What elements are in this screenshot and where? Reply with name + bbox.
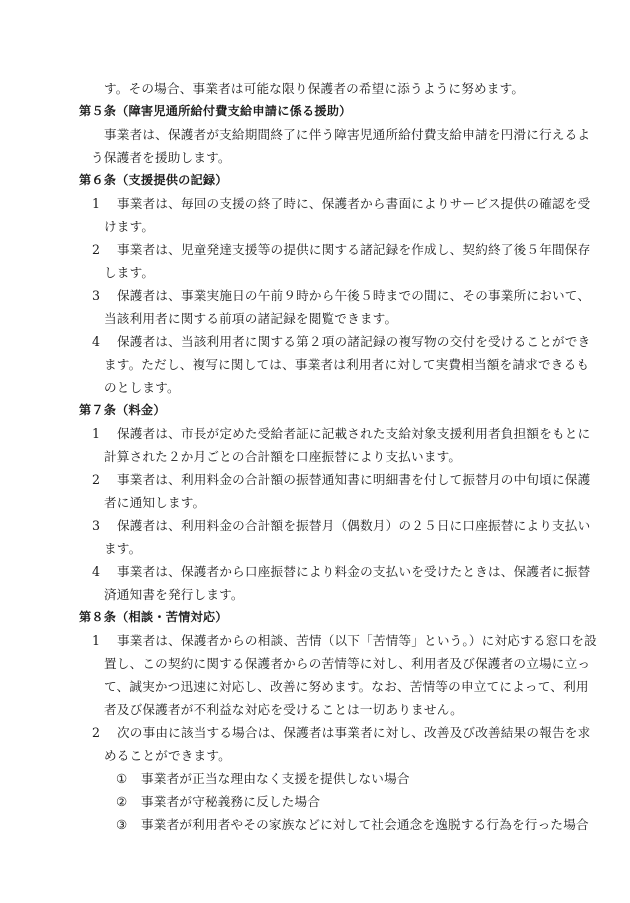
list-item: 2事業者は、利用料金の合計額の振替通知書に明細書を付して振替月の中旬頃に保護 [79,468,553,491]
heading-text: 第６条（支援提供の記録） [79,173,228,187]
item-text: けます。 [104,219,154,234]
list-item: 1保護者は、市長が定めた受給者証に記載された支給対象支援利用者負担額をもとに [79,422,553,445]
list-item-continuation: 計算された２か月ごとの合計額を口座振替により支払います。 [79,445,553,468]
sub-item: ②事業者が守秘義務に反した場合 [79,790,553,813]
list-item-continuation: 済通知書を発行します。 [79,583,553,606]
continuation-line: す。その場合、事業者は可能な限り保護者の希望に添うように努めます。 [79,77,553,100]
item-text: 次の事由に該当する場合は、保護者は事業者に対し、改善及び改善結果の報告を求 [117,725,590,740]
item-text: 保護者は、当該利用者に関する第２項の諸記録の複写物の交付を受けることができ [117,334,590,349]
item-text: します。 [104,265,154,280]
list-item-continuation: のとします。 [79,376,553,399]
list-item-continuation: めることができます。 [79,744,553,767]
list-item: 4事業者は、保護者から口座振替により料金の支払いを受けたときは、保護者に振替 [79,560,553,583]
item-text: 計算された２か月ごとの合計額を口座振替により支払います。 [104,449,461,464]
list-item-continuation: します。 [79,261,553,284]
heading-text: 第７条（料金） [79,403,166,417]
item-number: 1 [92,192,117,215]
item-number: 4 [92,560,117,583]
item-text: 置し、この契約に関する保護者からの苦情等に対し、利用者及び保護者の立場に立っ [104,656,590,671]
list-item-continuation: けます。 [79,215,553,238]
list-item: 2次の事由に該当する場合は、保護者は事業者に対し、改善及び改善結果の報告を求 [79,721,553,744]
sub-item-number: ① [116,767,141,790]
item-text: 当該利用者に関する前項の諸記録を閲覧できます。 [104,311,397,326]
item-number: 3 [92,514,117,537]
list-item: 4保護者は、当該利用者に関する第２項の諸記録の複写物の交付を受けることができ [79,330,553,353]
item-text: 事業者は、毎回の支援の終了時に、保護者から書面によりサービス提供の確認を受 [117,196,590,211]
item-text: ます。 [104,541,141,556]
paragraph-line: う保護者を援助します。 [79,146,553,169]
line-text: う保護者を援助します。 [91,150,231,165]
item-number: 2 [92,721,117,744]
item-text: ます。ただし、複写に関しては、事業者は利用者に対して実費相当額を請求できるも [104,357,589,372]
item-text: のとします。 [104,380,180,395]
list-item-continuation: ます。ただし、複写に関しては、事業者は利用者に対して実費相当額を請求できるも [79,353,553,376]
sub-item-number: ③ [116,813,141,836]
item-number: 1 [92,629,117,652]
sub-item: ①事業者が正当な理由なく支援を提供しない場合 [79,767,553,790]
item-number: 1 [92,422,117,445]
item-text: 保護者は、事業実施日の午前９時から午後５時までの間に、その事業所において、 [117,288,590,303]
article-8-heading: 第８条（相談・苦情対応） [79,606,553,629]
item-text: めることができます。 [104,748,231,763]
sub-item-text: 事業者が利用者やその家族などに対して社会通念を逸脱する行為を行った場合 [141,817,589,832]
paragraph-line: 事業者は、保護者が支給期間終了に伴う障害児通所給付費支給申請を円滑に行えるよ [79,123,553,146]
item-text: 保護者は、市長が定めた受給者証に記載された支給対象支援利用者負担額をもとに [117,426,590,441]
list-item: 2事業者は、児童発達支援等の提供に関する諸記録を作成し、契約終了後５年間保存 [79,238,553,261]
list-item-continuation: 者及び保護者が不利益な対応を受けることは一切ありません。 [79,698,553,721]
article-7-heading: 第７条（料金） [79,399,553,422]
list-item: 3保護者は、事業実施日の午前９時から午後５時までの間に、その事業所において、 [79,284,553,307]
list-item-continuation: て、誠実かつ迅速に対応し、改善に努めます。なお、苦情等の申立てによって、利用 [79,675,553,698]
item-text: 事業者は、利用料金の合計額の振替通知書に明細書を付して振替月の中旬頃に保護 [117,472,590,487]
item-text: 者に通知します。 [104,495,205,510]
list-item-continuation: 者に通知します。 [79,491,553,514]
item-number: 3 [92,284,117,307]
sub-item-number: ② [116,790,141,813]
list-item-continuation: 当該利用者に関する前項の諸記録を閲覧できます。 [79,307,553,330]
list-item: 1事業者は、毎回の支援の終了時に、保護者から書面によりサービス提供の確認を受 [79,192,553,215]
line-text: 事業者は、保護者が支給期間終了に伴う障害児通所給付費支給申請を円滑に行えるよ [104,127,590,142]
item-text: 済通知書を発行します。 [104,587,244,602]
list-item: 1事業者は、保護者からの相談、苦情（以下「苦情等」という。）に対応する窓口を設 [79,629,553,652]
item-text: 保護者は、利用料金の合計額を振替月（偶数月）の２５日に口座振替により支払い [117,518,590,533]
item-number: 2 [92,468,117,491]
list-item: 3保護者は、利用料金の合計額を振替月（偶数月）の２５日に口座振替により支払い [79,514,553,537]
sub-item-text: 事業者が守秘義務に反した場合 [141,794,320,809]
item-text: 事業者は、児童発達支援等の提供に関する諸記録を作成し、契約終了後５年間保存 [117,242,590,257]
item-text: 者及び保護者が不利益な対応を受けることは一切ありません。 [104,702,463,717]
item-text: 事業者は、保護者からの相談、苦情（以下「苦情等」という。）に対応する窓口を設 [117,633,597,648]
item-number: 4 [92,330,117,353]
article-6-heading: 第６条（支援提供の記録） [79,169,553,192]
item-text: て、誠実かつ迅速に対応し、改善に努めます。なお、苦情等の申立てによって、利用 [104,679,589,694]
heading-text: 第５条（障害児通所給付費支給申請に係る援助） [79,104,352,118]
heading-text: 第８条（相談・苦情対応） [79,610,228,624]
article-5-heading: 第５条（障害児通所給付費支給申請に係る援助） [79,100,553,123]
list-item-continuation: 置し、この契約に関する保護者からの苦情等に対し、利用者及び保護者の立場に立っ [79,652,553,675]
line-text: す。その場合、事業者は可能な限り保護者の希望に添うように努めます。 [104,81,524,96]
document-page: す。その場合、事業者は可能な限り保護者の希望に添うように努めます。 第５条（障害… [79,77,553,836]
item-text: 事業者は、保護者から口座振替により料金の支払いを受けたときは、保護者に振替 [117,564,590,579]
sub-item-text: 事業者が正当な理由なく支援を提供しない場合 [141,771,410,786]
sub-item: ③事業者が利用者やその家族などに対して社会通念を逸脱する行為を行った場合 [79,813,553,836]
list-item-continuation: ます。 [79,537,553,560]
item-number: 2 [92,238,117,261]
